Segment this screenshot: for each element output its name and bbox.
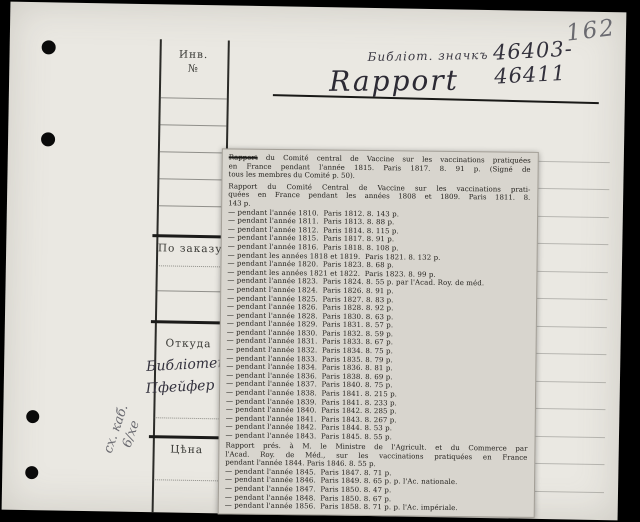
section-divider [152, 234, 226, 238]
origin-label: Откуда [154, 337, 222, 350]
library-mark-label: Библіот. значкъ [367, 48, 488, 64]
card-paper: Инв. № По заказу Откуда Цѣна Библіотеки … [2, 2, 627, 521]
ruled-line [159, 124, 226, 126]
ruled-line [154, 417, 221, 419]
by-order-label: По заказу [156, 242, 224, 255]
ruled-line [535, 326, 607, 328]
ruled-line [533, 436, 605, 438]
ruled-line [153, 479, 220, 481]
ruled-line [534, 381, 606, 383]
origin-handwritten-line1: Библіотеки [146, 353, 231, 377]
slip-paragraph-1: Rapport du Comité central de Vaccine sur… [228, 153, 530, 182]
inventory-number-sign: № [159, 62, 227, 75]
ruled-line [537, 188, 609, 190]
margin-note-handwritten: сх. каб. 6/хе [101, 403, 148, 461]
ruled-line [160, 97, 227, 99]
library-mark-number: 46403-46411 [492, 34, 626, 89]
ruled-line [158, 178, 225, 180]
struck-word: Rapport [229, 153, 258, 161]
pasted-printed-slip: Rapport du Comité central de Vaccine sur… [218, 148, 539, 518]
scanned-catalog-card: Инв. № По заказу Откуда Цѣна Библіотеки … [0, 0, 640, 522]
origin-handwritten-line2: Пфейфер [145, 375, 230, 399]
section-divider [151, 320, 225, 324]
ruled-line [534, 353, 606, 355]
ruled-line [536, 271, 608, 273]
inventory-number-label: Инв. [159, 48, 227, 61]
price-label: Цѣна [153, 443, 221, 456]
ruled-line [159, 151, 226, 153]
ruled-line [532, 491, 604, 493]
form-column-line [152, 39, 162, 512]
slip-paragraph-2: Rapport du Comité Central de Vaccine sur… [228, 182, 530, 211]
ruled-line [537, 216, 609, 218]
ruled-line [538, 161, 610, 163]
section-divider [149, 435, 223, 439]
punch-hole [41, 132, 55, 146]
card-title-handwritten: Rapport [329, 64, 459, 98]
ruled-line [532, 463, 604, 465]
slip-paragraph-3: Rapport prés. à M. le Ministre de l'Agri… [225, 442, 527, 471]
ruled-line [533, 408, 605, 410]
ruled-line [536, 243, 608, 245]
ruled-line [535, 298, 607, 300]
punch-hole [26, 410, 39, 423]
ruled-line [158, 205, 225, 207]
ruled-line [156, 290, 223, 292]
ruled-line [157, 265, 224, 267]
punch-hole [25, 466, 38, 479]
punch-hole [42, 40, 56, 54]
